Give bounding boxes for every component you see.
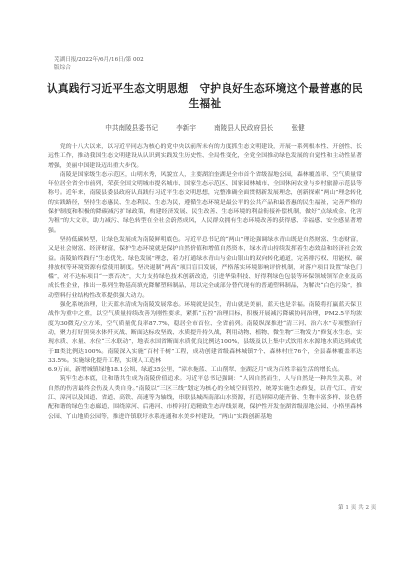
article-title: 认真践行习近平生态文明思想 守护良好生态环境这个最普惠的民生福祉 — [44, 82, 366, 112]
paragraph: 筑牢生态本底，让和谐共生成为南陵价值追求。习近平总书记强调：“人因自然而生，人与… — [48, 375, 362, 421]
article-meta: 芜湖日报/2022年/6月/16日/第 002 版综合 — [54, 56, 144, 72]
document-page: 芜湖日报/2022年/6月/16日/第 002 版综合 认真践行习近平生态文明思… — [0, 0, 410, 580]
section-label: 版综合 — [54, 64, 144, 72]
paragraph: 南陵是国家级生态示范区，山明水秀，风貌宜人，主要湖泊奎湖是全市首个省级湿地公园，… — [48, 171, 362, 236]
article-body: 党的十八大以来，以习近平同志为核心的党中央以前所未有的力度抓生态文明建设，开展一… — [48, 143, 362, 422]
source-line: 芜湖日报/2022年/6月/16日/第 002 — [54, 56, 144, 64]
paragraph: 坚持低碳转型，让绿色发展成为南陵鲜明底色。习近平总书记的“两山”理论强调绿水青山… — [48, 236, 362, 301]
author-name-2: 张健 — [292, 124, 305, 132]
author-title-2: 南陵县人民政府县长 — [214, 124, 273, 132]
author-title-1: 中共南陵县委书记 — [105, 124, 158, 132]
paragraph: 6.9万亩，新增城镇绿地18.1公顷、绿道35公里，“漳水拖蓝、工山削翠、奎湖泛… — [48, 366, 362, 375]
author-name-1: 李新宇 — [176, 124, 196, 132]
paragraph: 党的十八大以来，以习近平同志为核心的党中央以前所未有的力度抓生态文明建设，开展一… — [48, 143, 362, 171]
page-indicator: 第 1 页 共 2 页 — [338, 503, 376, 511]
byline: 中共南陵县委书记 李新宇 南陵县人民政府县长 张健 — [44, 122, 366, 132]
paragraph: 强化系统治理，让天蓝水清成为南陵发展常态。环境就是民生，青山就是美丽，蓝天也是幸… — [48, 301, 362, 366]
